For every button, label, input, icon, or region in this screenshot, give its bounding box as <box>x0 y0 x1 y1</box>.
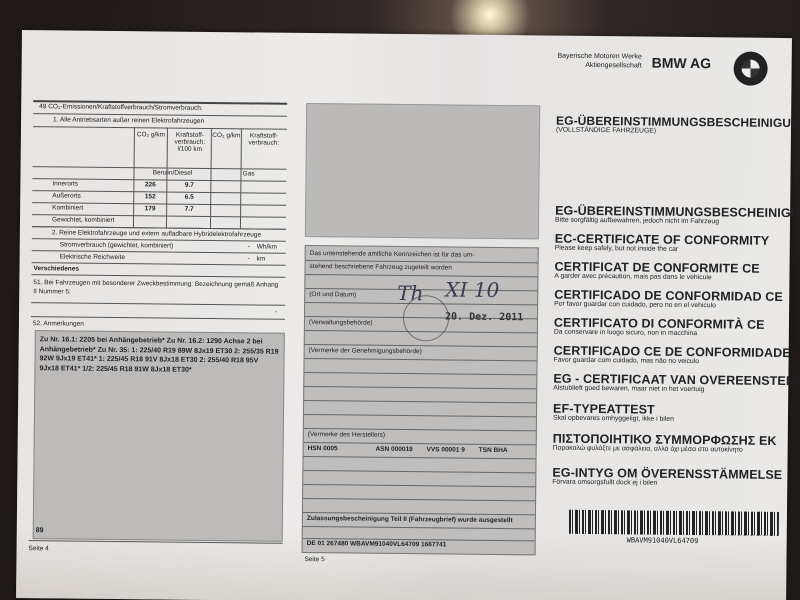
section-49-sub1: 1. Alle Antriebsarten außer reinen Elekt… <box>53 116 204 125</box>
left-page: 49 CO₂-Emissionen/Kraftstoffverbrauch/St… <box>33 100 287 103</box>
item-51: 51. Bei Fahrzeugen mit besonderer Zweckb… <box>33 278 278 299</box>
page-label-middle: Seite 5 <box>304 556 324 563</box>
certificate-heading: EG-ÜBEREINSTIMMUNGSBESCHEINIGUNGBitte so… <box>555 204 800 227</box>
verschiedenes-heading: Verschiedenes <box>33 265 79 272</box>
group-benzin: Benzin/Diesel <box>134 169 210 177</box>
main-title-block: EG-ÜBEREINSTIMMUNGSBESCHEINIGUNG (VOLLST… <box>556 114 800 137</box>
col-fuel: Kraftstoff-verbrauch: l/100 km <box>169 132 211 153</box>
item-52-label: 52. Anmerkungen <box>33 320 84 328</box>
certificate-heading: EC-CERTIFICATE OF CONFORMITYPlease keep … <box>555 232 770 254</box>
reichweite-label: Elektrische Reichweite <box>60 253 125 261</box>
col-co2: CO₂ g/km <box>135 131 167 138</box>
certificate-heading: CERTIFICAT DE CONFORMITE CEA garder avec… <box>554 260 759 282</box>
remarks-box: Zu Nr. 16.1: 2205 bei Anhängebetrieb* Zu… <box>33 330 285 542</box>
vin-barcode <box>569 510 779 536</box>
certificate-heading: CERTIFICADO CE DE CONFORMIDADEFavor guar… <box>554 344 791 366</box>
brand-name: BMW AG <box>652 55 712 72</box>
page-number-box: 89 <box>36 527 44 534</box>
certificate-heading: CERTIFICADO DE CONFORMIDAD CEPor favor g… <box>554 288 783 310</box>
handwritten-date: XI 10 <box>445 277 499 302</box>
col-gas-co2: CO₂ g/km <box>212 132 241 139</box>
ort-datum-label: (Ort und Datum) <box>309 291 356 298</box>
zb-number: DE 01 267480 WBAVM91040VL64709 1667741 <box>307 540 447 548</box>
certificate-heading: EG - CERTIFICAAT VAN OVEREENSTEMMINAlstu… <box>553 372 800 395</box>
blank-field-top <box>305 103 540 239</box>
registration-form: Das untenstehende amtliche Kennzeichen i… <box>302 245 539 555</box>
remarks-text: Zu Nr. 16.1: 2205 bei Anhängebetrieb* Zu… <box>39 335 279 376</box>
bmw-roundel-icon <box>733 51 767 85</box>
section-49-sub2: 2. Reine Elektrofahrzeuge und extern auf… <box>52 229 261 238</box>
col-gas-fuel: Kraftstoff-verbrauch: <box>242 132 286 146</box>
certificate-heading: EF-TYPEATTESTSkal opbevares omhyggeligt,… <box>553 402 674 423</box>
page-label-left: Seite 4 <box>29 545 49 552</box>
certificate-heading: CERTIFICATO DI CONFORMITÀ CEDa conservar… <box>554 316 765 338</box>
date-stamp: 20. Dez. 2011 <box>445 311 523 323</box>
group-gas: Gas <box>211 170 285 178</box>
vermerke-genehmigung-label: (Vermerke der Genehmigungsbehörde) <box>309 347 422 355</box>
barcode-text: WBAVM91040VL64709 <box>627 536 699 545</box>
strom-label: Stromverbrauch (gewichtet, kombiniert) <box>60 241 174 249</box>
certificate-heading: ΠΙΣΤΟΠΟΙΗΤΙΚΟ ΣΥΜΜΟΡΦΩΣΗΣ ΕΚΠαρακαλώ φυλ… <box>553 432 777 454</box>
signature: Th <box>397 281 423 305</box>
certificate-heading: EG-INTYG OM ÖVERENSSTÄMMELSEFörvara omso… <box>552 466 782 488</box>
company-name: Bayerische Motoren Werke Aktiengesellsch… <box>492 51 642 71</box>
verwaltung-label: (Verwaltungsbehörde) <box>309 319 373 327</box>
document-sheet: Bayerische Motoren Werke Aktiengesellsch… <box>16 30 792 600</box>
vermerke-hersteller-label: (Vermerke des Herstellers) <box>308 431 385 439</box>
section-49-title: 49 CO₂-Emissionen/Kraftstoffverbrauch/St… <box>39 103 203 112</box>
